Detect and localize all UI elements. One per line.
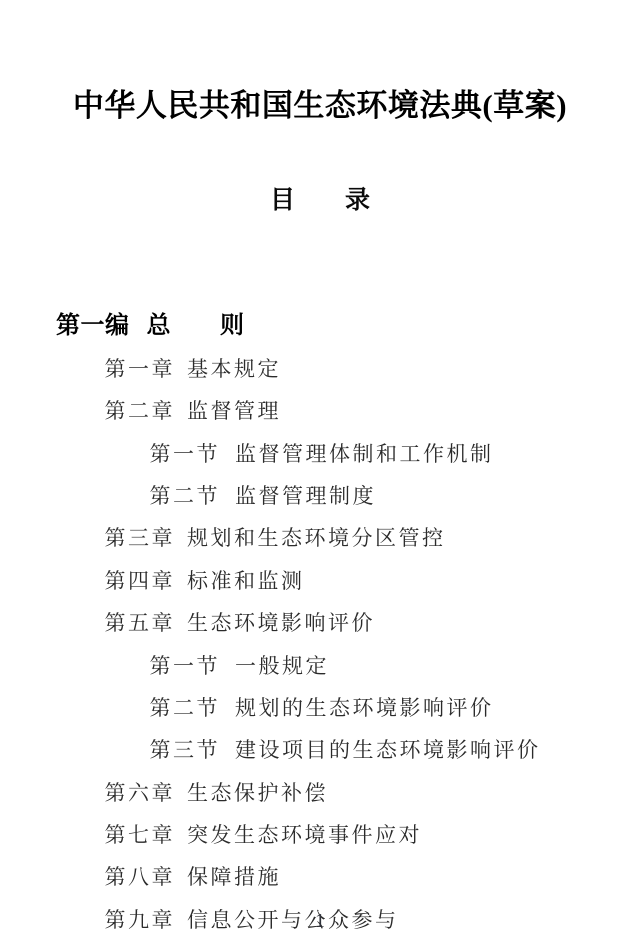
page-number: 1 [0, 906, 640, 936]
toc-entry-title: 突发生态环境事件应对 [187, 823, 422, 847]
toc-entry-number: 第一编 [56, 312, 130, 339]
document-page: 中华人民共和国生态环境法典(草案) 目 录 第一编总 则 第一章基本规定 第二章… [0, 0, 640, 946]
toc-entry-number: 第三章 [105, 526, 176, 550]
toc-entry-number: 第二节 [150, 484, 221, 508]
toc-entry-title: 规划的生态环境影响评价 [235, 696, 494, 720]
toc-entry-number: 第七章 [105, 823, 176, 847]
toc-entry-title: 监督管理体制和工作机制 [235, 442, 494, 466]
toc-entry-number: 第三节 [150, 738, 221, 762]
toc-entry-title: 总 则 [147, 312, 245, 339]
toc-entry-number: 第二章 [105, 399, 176, 423]
toc-entry-title: 建设项目的生态环境影响评价 [235, 738, 541, 762]
toc-entry-title: 生态保护补偿 [187, 781, 328, 805]
toc-entry-part-1: 第一编总 则 [0, 263, 640, 305]
toc-entry-title: 规划和生态环境分区管控 [187, 526, 446, 550]
toc-list: 第一编总 则 第一章基本规定 第二章监督管理 第一节监督管理体制和工作机制 第二… [0, 263, 640, 899]
toc-entry-title: 监督管理制度 [235, 484, 376, 508]
toc-entry-title: 监督管理 [187, 399, 281, 423]
toc-heading: 目 录 [0, 186, 640, 216]
toc-entry-title: 标准和监测 [187, 569, 305, 593]
toc-entry-number: 第一节 [150, 654, 221, 678]
toc-entry-number: 第四章 [105, 569, 176, 593]
toc-entry-number: 第八章 [105, 865, 176, 889]
toc-entry-number: 第六章 [105, 781, 176, 805]
toc-entry-number: 第一章 [105, 357, 176, 381]
toc-entry-number: 第二节 [150, 696, 221, 720]
toc-entry-title: 基本规定 [187, 357, 281, 381]
toc-entry-title: 生态环境影响评价 [187, 611, 375, 635]
document-title: 中华人民共和国生态环境法典(草案) [0, 87, 640, 125]
toc-entry-title: 保障措施 [187, 865, 281, 889]
toc-entry-number: 第一节 [150, 442, 221, 466]
toc-entry-number: 第五章 [105, 611, 176, 635]
toc-entry-title: 一般规定 [235, 654, 329, 678]
